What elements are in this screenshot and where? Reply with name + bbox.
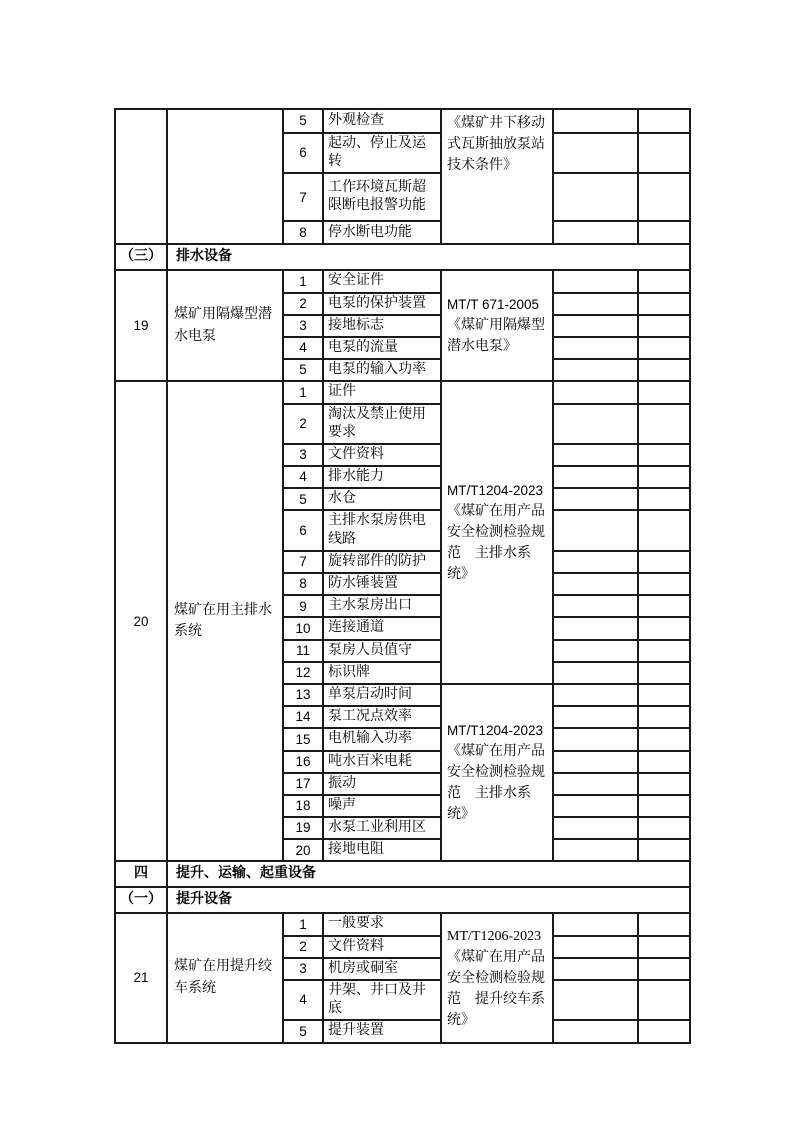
item-number-cell: 4 bbox=[283, 980, 323, 1020]
result-cell bbox=[553, 510, 638, 550]
remark-cell bbox=[638, 684, 690, 706]
result-cell bbox=[553, 551, 638, 573]
section-row: 四 提升、运输、起重设备 bbox=[115, 861, 690, 887]
result-cell bbox=[553, 381, 638, 403]
item-label-cell: 泵房人员值守 bbox=[323, 640, 441, 662]
result-cell bbox=[553, 270, 638, 292]
equipment-name-cell: 煤矿在用提升绞车系统 bbox=[167, 913, 283, 1042]
row-number-cell: 21 bbox=[115, 913, 167, 1042]
remark-cell bbox=[638, 980, 690, 1020]
result-cell bbox=[553, 133, 638, 173]
result-cell bbox=[553, 913, 638, 935]
item-number-cell: 16 bbox=[283, 751, 323, 773]
item-label-cell: 主排水泵房供电线路 bbox=[323, 510, 441, 550]
result-cell bbox=[553, 173, 638, 221]
item-label-cell: 泵工况点效率 bbox=[323, 706, 441, 728]
row-number-cell: 20 bbox=[115, 381, 167, 861]
remark-cell bbox=[638, 359, 690, 381]
item-number-cell: 4 bbox=[283, 466, 323, 488]
standard-title: 《煤矿用隔爆型潜水电泵》 bbox=[447, 318, 545, 354]
item-number-cell: 15 bbox=[283, 728, 323, 750]
table-row: 19 煤矿用隔爆型潜水电泵 1 安全证件 MT/T 671-2005《煤矿用隔爆… bbox=[115, 270, 690, 292]
remark-cell bbox=[638, 595, 690, 617]
table-row: 20 煤矿在用主排水系统 1 证件 MT/T1204-2023《煤矿在用产品安全… bbox=[115, 381, 690, 403]
item-label-cell: 排水能力 bbox=[323, 466, 441, 488]
standard-title: 《煤矿在用产品安全检测检验规范 主排水系统》 bbox=[447, 744, 545, 822]
remark-cell bbox=[638, 381, 690, 403]
result-cell bbox=[553, 728, 638, 750]
document-page: { "page_background": "#ffffff", "table_b… bbox=[0, 0, 794, 1123]
remark-cell bbox=[638, 958, 690, 980]
item-label-cell: 提升装置 bbox=[323, 1020, 441, 1042]
item-label-cell: 电泵的流量 bbox=[323, 337, 441, 359]
remark-cell bbox=[638, 444, 690, 466]
result-cell bbox=[553, 662, 638, 684]
section-title-cell: 提升、运输、起重设备 bbox=[167, 861, 690, 887]
section-number-cell: 四 bbox=[115, 861, 167, 887]
result-cell bbox=[553, 795, 638, 817]
result-cell bbox=[553, 839, 638, 861]
remark-cell bbox=[638, 315, 690, 337]
result-cell bbox=[553, 1020, 638, 1042]
item-label-cell: 单泵启动时间 bbox=[323, 684, 441, 706]
result-cell bbox=[553, 293, 638, 315]
item-label-cell: 振动 bbox=[323, 773, 441, 795]
remark-cell bbox=[638, 109, 690, 133]
item-label-cell: 旋转部件的防护 bbox=[323, 551, 441, 573]
item-number-cell: 6 bbox=[283, 133, 323, 173]
item-number-cell: 5 bbox=[283, 109, 323, 133]
result-cell bbox=[553, 221, 638, 244]
item-label-cell: 文件资料 bbox=[323, 444, 441, 466]
item-number-cell: 9 bbox=[283, 595, 323, 617]
result-cell bbox=[553, 958, 638, 980]
remark-cell bbox=[638, 839, 690, 861]
remark-cell bbox=[638, 706, 690, 728]
standard-cell: 《煤矿井下移动式瓦斯抽放泵站技术条件》 bbox=[441, 109, 553, 244]
result-cell bbox=[553, 706, 638, 728]
remark-cell bbox=[638, 293, 690, 315]
item-number-cell: 11 bbox=[283, 640, 323, 662]
result-cell bbox=[553, 640, 638, 662]
item-label-cell: 电泵的输入功率 bbox=[323, 359, 441, 381]
item-label-cell: 水泵工业利用区 bbox=[323, 817, 441, 839]
item-label-cell: 文件资料 bbox=[323, 936, 441, 958]
remark-cell bbox=[638, 510, 690, 550]
equipment-name-cell: 煤矿用隔爆型潜水电泵 bbox=[167, 270, 283, 381]
item-label-cell: 水仓 bbox=[323, 488, 441, 510]
item-label-cell: 标识牌 bbox=[323, 662, 441, 684]
remark-cell bbox=[638, 936, 690, 958]
item-number-cell: 2 bbox=[283, 404, 323, 444]
item-label-cell: 电机输入功率 bbox=[323, 728, 441, 750]
item-label-cell: 电泵的保护装置 bbox=[323, 293, 441, 315]
item-number-cell: 8 bbox=[283, 221, 323, 244]
remark-cell bbox=[638, 337, 690, 359]
item-number-cell: 2 bbox=[283, 293, 323, 315]
inspection-table: 5 外观检查 《煤矿井下移动式瓦斯抽放泵站技术条件》 6 起动、停止及运转 7 … bbox=[114, 108, 691, 1044]
item-label-cell: 起动、停止及运转 bbox=[323, 133, 441, 173]
item-label-cell: 井架、井口及井底 bbox=[323, 980, 441, 1020]
item-label-cell: 连接通道 bbox=[323, 617, 441, 639]
remark-cell bbox=[638, 270, 690, 292]
item-label-cell: 防水锤装置 bbox=[323, 573, 441, 595]
item-number-cell: 7 bbox=[283, 173, 323, 221]
result-cell bbox=[553, 488, 638, 510]
item-number-cell: 17 bbox=[283, 773, 323, 795]
item-number-cell: 5 bbox=[283, 1020, 323, 1042]
standard-code: MT/T 671-2005 bbox=[447, 295, 547, 315]
standard-cell: MT/T1204-2023《煤矿在用产品安全检测检验规范 主排水系统》 bbox=[441, 684, 553, 862]
result-cell bbox=[553, 595, 638, 617]
item-number-cell: 8 bbox=[283, 573, 323, 595]
result-cell bbox=[553, 466, 638, 488]
remark-cell bbox=[638, 133, 690, 173]
item-number-cell: 3 bbox=[283, 315, 323, 337]
remark-cell bbox=[638, 573, 690, 595]
section-number-cell: （三） bbox=[115, 244, 167, 270]
item-label-cell: 主水泵房出口 bbox=[323, 595, 441, 617]
remark-cell bbox=[638, 773, 690, 795]
item-number-cell: 13 bbox=[283, 684, 323, 706]
remark-cell bbox=[638, 466, 690, 488]
remark-cell bbox=[638, 617, 690, 639]
result-cell bbox=[553, 109, 638, 133]
result-cell bbox=[553, 773, 638, 795]
standard-code: MT/T1204-2023 bbox=[447, 481, 547, 501]
result-cell bbox=[553, 751, 638, 773]
remark-cell bbox=[638, 640, 690, 662]
item-label-cell: 证件 bbox=[323, 381, 441, 403]
result-cell bbox=[553, 936, 638, 958]
result-cell bbox=[553, 337, 638, 359]
remark-cell bbox=[638, 913, 690, 935]
item-number-cell: 5 bbox=[283, 488, 323, 510]
result-cell bbox=[553, 359, 638, 381]
result-cell bbox=[553, 444, 638, 466]
item-label-cell: 外观检查 bbox=[323, 109, 441, 133]
item-number-cell: 5 bbox=[283, 359, 323, 381]
item-label-cell: 噪声 bbox=[323, 795, 441, 817]
item-number-cell: 20 bbox=[283, 839, 323, 861]
item-number-cell: 3 bbox=[283, 444, 323, 466]
remark-cell bbox=[638, 751, 690, 773]
remark-cell bbox=[638, 551, 690, 573]
equipment-name-cell: 煤矿在用主排水系统 bbox=[167, 381, 283, 861]
item-label-cell: 一般要求 bbox=[323, 913, 441, 935]
standard-title: 《煤矿在用产品安全检测检验规范 提升绞车系统》 bbox=[447, 950, 545, 1028]
item-label-cell: 淘汰及禁止使用要求 bbox=[323, 404, 441, 444]
item-number-cell: 10 bbox=[283, 617, 323, 639]
table-row: 5 外观检查 《煤矿井下移动式瓦斯抽放泵站技术条件》 bbox=[115, 109, 690, 133]
result-cell bbox=[553, 404, 638, 444]
item-number-cell: 3 bbox=[283, 958, 323, 980]
standard-title: 《煤矿井下移动式瓦斯抽放泵站技术条件》 bbox=[447, 116, 545, 173]
remark-cell bbox=[638, 221, 690, 244]
section-title-cell: 提升设备 bbox=[167, 887, 690, 913]
result-cell bbox=[553, 980, 638, 1020]
row-number-cell: 19 bbox=[115, 270, 167, 381]
item-label-cell: 吨水百米电耗 bbox=[323, 751, 441, 773]
section-number-cell: （一） bbox=[115, 887, 167, 913]
item-number-cell: 19 bbox=[283, 817, 323, 839]
standard-code: MT/T1206-2023 bbox=[447, 926, 547, 947]
standard-cell: MT/T1204-2023《煤矿在用产品安全检测检验规范 主排水系统》 bbox=[441, 381, 553, 684]
result-cell bbox=[553, 315, 638, 337]
remark-cell bbox=[638, 817, 690, 839]
item-number-cell: 7 bbox=[283, 551, 323, 573]
item-number-cell: 1 bbox=[283, 913, 323, 935]
item-number-cell: 4 bbox=[283, 337, 323, 359]
item-label-cell: 接地标志 bbox=[323, 315, 441, 337]
result-cell bbox=[553, 617, 638, 639]
result-cell bbox=[553, 684, 638, 706]
section-row: （一） 提升设备 bbox=[115, 887, 690, 913]
item-number-cell: 1 bbox=[283, 270, 323, 292]
standard-cell: MT/T 671-2005《煤矿用隔爆型潜水电泵》 bbox=[441, 270, 553, 381]
remark-cell bbox=[638, 662, 690, 684]
remark-cell bbox=[638, 404, 690, 444]
result-cell bbox=[553, 573, 638, 595]
item-label-cell: 机房或硐室 bbox=[323, 958, 441, 980]
section-title-cell: 排水设备 bbox=[167, 244, 690, 270]
item-label-cell: 停水断电功能 bbox=[323, 221, 441, 244]
table-row: 21 煤矿在用提升绞车系统 1 一般要求 MT/T1206-2023《煤矿在用产… bbox=[115, 913, 690, 935]
item-number-cell: 14 bbox=[283, 706, 323, 728]
standard-code: MT/T1204-2023 bbox=[447, 721, 547, 741]
remark-cell bbox=[638, 1020, 690, 1042]
item-label-cell: 安全证件 bbox=[323, 270, 441, 292]
row-number-cell bbox=[115, 109, 167, 244]
remark-cell bbox=[638, 728, 690, 750]
remark-cell bbox=[638, 488, 690, 510]
standard-cell: MT/T1206-2023《煤矿在用产品安全检测检验规范 提升绞车系统》 bbox=[441, 913, 553, 1042]
section-row: （三） 排水设备 bbox=[115, 244, 690, 270]
remark-cell bbox=[638, 795, 690, 817]
remark-cell bbox=[638, 173, 690, 221]
item-number-cell: 1 bbox=[283, 381, 323, 403]
result-cell bbox=[553, 817, 638, 839]
item-label-cell: 接地电阻 bbox=[323, 839, 441, 861]
item-label-cell: 工作环境瓦斯超限断电报警功能 bbox=[323, 173, 441, 221]
item-number-cell: 2 bbox=[283, 936, 323, 958]
item-number-cell: 6 bbox=[283, 510, 323, 550]
item-number-cell: 12 bbox=[283, 662, 323, 684]
equipment-name-cell bbox=[167, 109, 283, 244]
item-number-cell: 18 bbox=[283, 795, 323, 817]
standard-title: 《煤矿在用产品安全检测检验规范 主排水系统》 bbox=[447, 504, 545, 582]
